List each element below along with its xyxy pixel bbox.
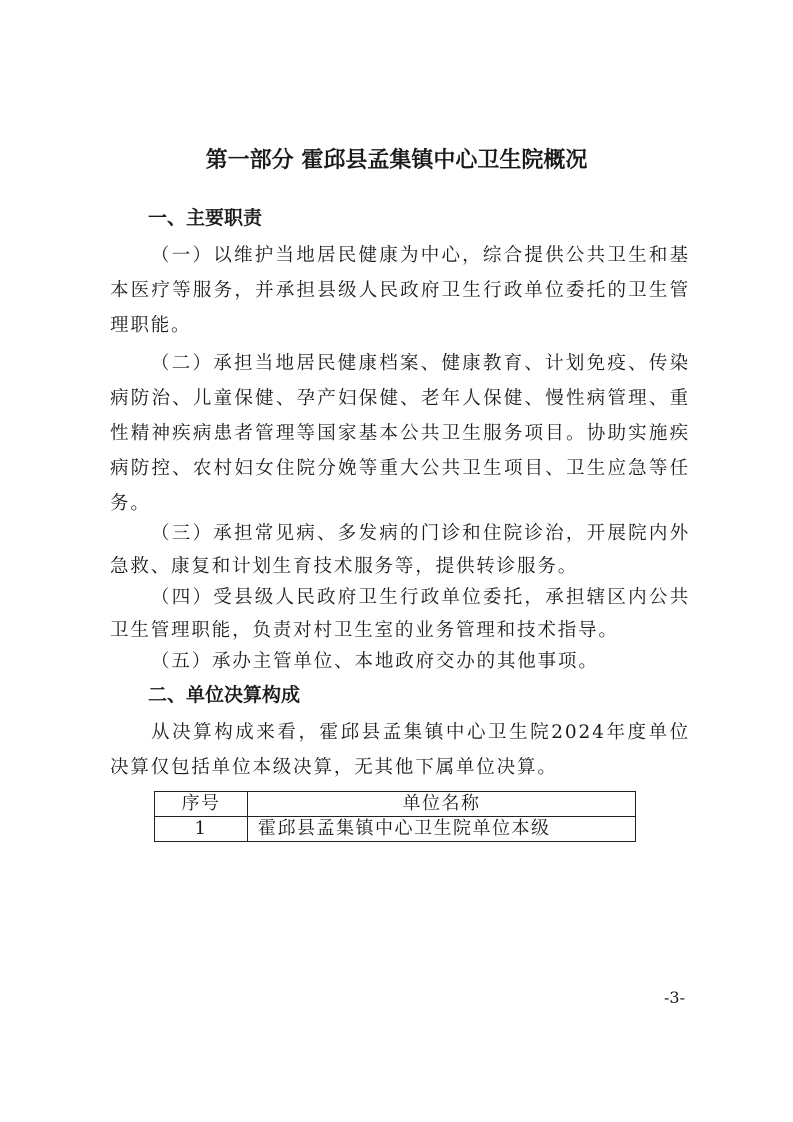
cell-index: 1 bbox=[155, 817, 248, 842]
cell-unit-name: 霍邱县孟集镇中心卫生院单位本级 bbox=[248, 817, 636, 842]
table-header-row: 序号 单位名称 bbox=[155, 792, 636, 817]
page-title: 第一部分 霍邱县孟集镇中心卫生院概况 bbox=[0, 143, 793, 174]
column-header-index: 序号 bbox=[155, 792, 248, 817]
section-heading-composition: 二、单位决算构成 bbox=[148, 680, 300, 707]
table-row: 1 霍邱县孟集镇中心卫生院单位本级 bbox=[155, 817, 636, 842]
paragraph-duty-3: （三）承担常见病、多发病的门诊和住院诊治，开展院内外急救、康复和计划生育技术服务… bbox=[110, 517, 690, 583]
column-header-unit-name: 单位名称 bbox=[248, 792, 636, 817]
paragraph-duty-4: （四）受县级人民政府卫生行政单位委托，承担辖区内公共卫生管理职能，负责对村卫生室… bbox=[110, 581, 690, 647]
paragraph-duty-5: （五）承办主管单位、本地政府交办的其他事项。 bbox=[110, 644, 690, 679]
page-number: -3- bbox=[664, 988, 685, 1007]
section-heading-duties: 一、主要职责 bbox=[148, 203, 262, 230]
unit-table: 序号 单位名称 1 霍邱县孟集镇中心卫生院单位本级 bbox=[154, 791, 636, 842]
paragraph-composition: 从决算构成来看，霍邱县孟集镇中心卫生院2024年度单位决算仅包括单位本级决算，无… bbox=[110, 715, 690, 785]
paragraph-duty-2: （二）承担当地居民健康档案、健康教育、计划免疫、传染病防治、儿童保健、孕产妇保健… bbox=[110, 346, 690, 521]
paragraph-duty-1: （一）以维护当地居民健康为中心，综合提供公共卫生和基本医疗等服务，并承担县级人民… bbox=[110, 238, 690, 343]
